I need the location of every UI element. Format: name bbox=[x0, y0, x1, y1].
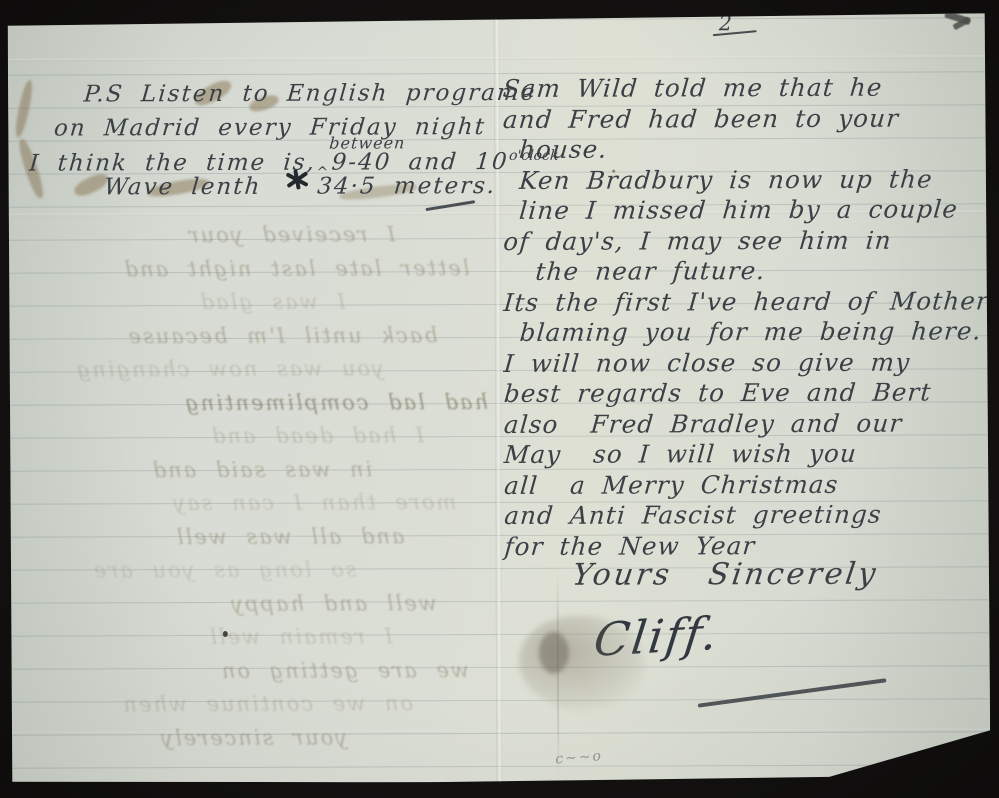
letter-line: May so I will wish you bbox=[503, 438, 988, 470]
letter-body: Sam Wild told me that heand Fred had bee… bbox=[503, 72, 987, 562]
ink-speck bbox=[612, 170, 615, 173]
letter-line: the near future. bbox=[502, 255, 987, 287]
bleed-through-line: I was glad bbox=[18, 286, 346, 321]
bleed-through-line: your sincerely bbox=[19, 721, 347, 756]
bleed-through-line: you was now changing bbox=[18, 352, 384, 387]
wrinkle-crease bbox=[557, 574, 560, 780]
ps-line-3-mid-wrap: between9-40 and 10 bbox=[331, 149, 510, 176]
bleed-through-line: and all was well bbox=[18, 520, 404, 555]
bleed-through-line: more than I can say bbox=[18, 486, 456, 521]
pencil-scribble: c~~o bbox=[555, 748, 604, 767]
bleed-through-line: on we continue when bbox=[19, 687, 413, 722]
letter-line: of day's, I may see him in bbox=[502, 225, 987, 257]
signature: Cliff. bbox=[591, 606, 722, 667]
bleed-through-line: in was said and bbox=[18, 453, 372, 488]
letter-line: line I missed him by a couple bbox=[502, 194, 987, 226]
ps-line-4-post: 34·5 meters. bbox=[316, 173, 497, 200]
stain-dark-core bbox=[539, 632, 569, 674]
center-fold-crease bbox=[494, 10, 503, 790]
closing-salutation: Yours Sincerely bbox=[570, 557, 880, 593]
letter-line: and Fred had been to your bbox=[502, 103, 987, 135]
bleed-through-line: well and happy bbox=[19, 587, 437, 622]
bleed-through-line: I had dead and bbox=[18, 419, 424, 454]
ps-line-3-text: I think the time is, bbox=[28, 150, 317, 177]
bleed-through-line: back until I'm because bbox=[18, 319, 438, 354]
bleed-through-text: I received yourletter late last night an… bbox=[17, 218, 497, 756]
letter-line: and Anti Fascist greetings bbox=[503, 499, 988, 531]
letter-line: also Fred Bradley and our bbox=[503, 408, 988, 440]
letter-line: best regards to Eve and Bert bbox=[503, 377, 988, 409]
ps-line-1: P.S Listen to English programe bbox=[83, 80, 538, 108]
ps-line-2: on Madrid every Friday night bbox=[53, 114, 487, 142]
ink-speck bbox=[223, 631, 228, 637]
letter-line: blaming you for me being here. bbox=[502, 316, 987, 348]
bleed-through-line: I remain well bbox=[19, 620, 393, 655]
letter-sheet: I received yourletter late last night an… bbox=[5, 8, 996, 791]
letter-line: I will now close so give my bbox=[503, 347, 988, 379]
ps-line-4-pre: Wave lenth bbox=[103, 174, 262, 201]
letter-line: all a Merry Christmas bbox=[503, 469, 988, 501]
letter-line: house. bbox=[502, 133, 987, 165]
ps-inserted-word: between bbox=[329, 133, 407, 152]
underline-dash bbox=[425, 200, 475, 210]
bleed-through-line: so long as you are bbox=[19, 554, 357, 589]
letter-line: Ken Bradbury is now up the bbox=[502, 164, 987, 196]
bleed-through-line: we are getting on bbox=[19, 654, 469, 689]
letter-line: Its the first I've heard of Mother bbox=[502, 286, 987, 318]
signature-flourish bbox=[698, 678, 887, 707]
letter-line: Sam Wild told me that he bbox=[502, 72, 987, 104]
crossed-out-mark bbox=[284, 167, 310, 193]
bleed-through-line: had lad complimenting bbox=[18, 386, 488, 421]
ink-bleed-stroke bbox=[13, 79, 35, 138]
photo-backdrop: I received yourletter late last night an… bbox=[0, 0, 999, 798]
ps-line-3-mid: 9-40 and 10 bbox=[331, 149, 510, 176]
bleed-through-line: I received your bbox=[17, 218, 395, 253]
bleed-through-line: letter late last night and bbox=[17, 252, 469, 287]
